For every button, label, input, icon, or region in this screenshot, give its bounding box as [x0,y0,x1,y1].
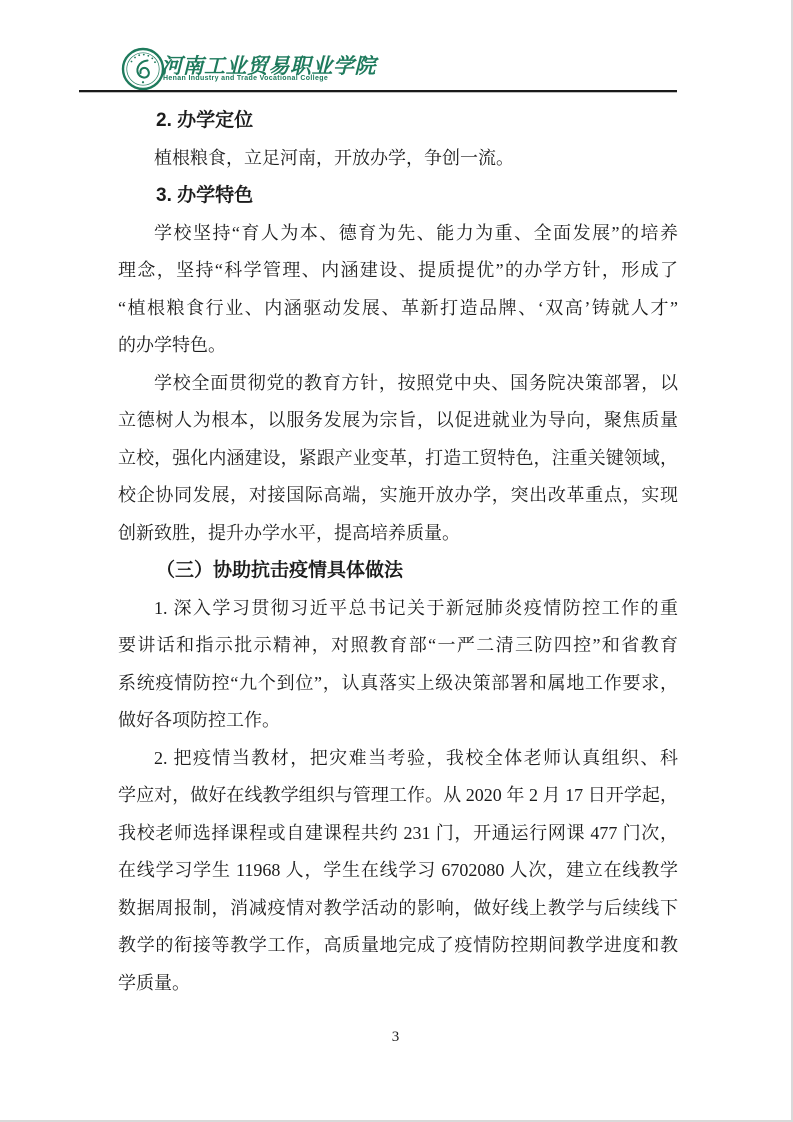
text-line: 学应对，做好在线教学组织与管理工作。从 2020 年 2 月 17 日开学起， [118,777,678,815]
text-line: “植根粮食行业、内涵驱动发展、革新打造品牌、‘双高’铸就人才” [118,290,678,328]
text-line: 2. 把疫情当教材，把灾难当考验，我校全体老师认真组织、科 [118,740,678,778]
text-line: 学校坚持“育人为本、德育为先、能力为重、全面发展”的培养 [118,215,678,253]
text-line: 立德树人为根本，以服务发展为宗旨，以促进就业为导向，聚焦质量 [118,402,678,440]
text-line: 校企协同发展，对接国际高端，实施开放办学，突出改革重点，实现 [118,477,678,515]
section-heading: （三）协助抗击疫情具体做法 [118,552,678,590]
text-line: 理念，坚持“科学管理、内涵建设、提质提优”的办学方针，形成了 [118,252,678,290]
page-number: 3 [392,1029,400,1046]
text-line: 做好各项防控工作。 [118,702,678,740]
document-page: 河南工业贸易职业学院 Henan Industry and Trade Voca… [0,0,793,1122]
text-line: 立校，强化内涵建设，紧跟产业变革，打造工贸特色，注重关键领域， [118,440,678,478]
college-seal-icon [121,47,165,91]
text-line: 我校老师选择课程或自建课程共约 231 门，开通运行网课 477 门次， [118,815,678,853]
text-line: 在线学习学生 11968 人，学生在线学习 6702080 人次，建立在线教学 [118,852,678,890]
text-line: 学质量。 [118,965,678,1003]
document-body: 2. 办学定位植根粮食，立足河南，开放办学，争创一流。3. 办学特色学校坚持“育… [118,102,678,1002]
text-line: 的办学特色。 [118,327,678,365]
section-heading: 2. 办学定位 [118,102,678,140]
header-rule [79,90,677,93]
text-line: 学校全面贯彻党的教育方针，按照党中央、国务院决策部署，以 [118,365,678,403]
text-line: 数据周报制，消减疫情对教学活动的影响，做好线上教学与后续线下 [118,890,678,928]
text-line: 要讲话和指示批示精神，对照教育部“一严二清三防四控”和省教育 [118,627,678,665]
section-heading: 3. 办学特色 [118,177,678,215]
text-line: 系统疫情防控“九个到位”，认真落实上级决策部署和属地工作要求， [118,665,678,703]
text-line: 创新致胜，提升办学水平，提高培养质量。 [118,515,678,553]
text-line: 教学的衔接等教学工作，高质量地完成了疫情防控期间教学进度和教 [118,927,678,965]
page-footer: 3 [0,1028,791,1046]
text-line: 植根粮食，立足河南，开放办学，争创一流。 [118,140,678,178]
institution-name-en: Henan Industry and Trade Vocational Coll… [163,75,328,82]
text-line: 1. 深入学习贯彻习近平总书记关于新冠肺炎疫情防控工作的重 [118,590,678,628]
